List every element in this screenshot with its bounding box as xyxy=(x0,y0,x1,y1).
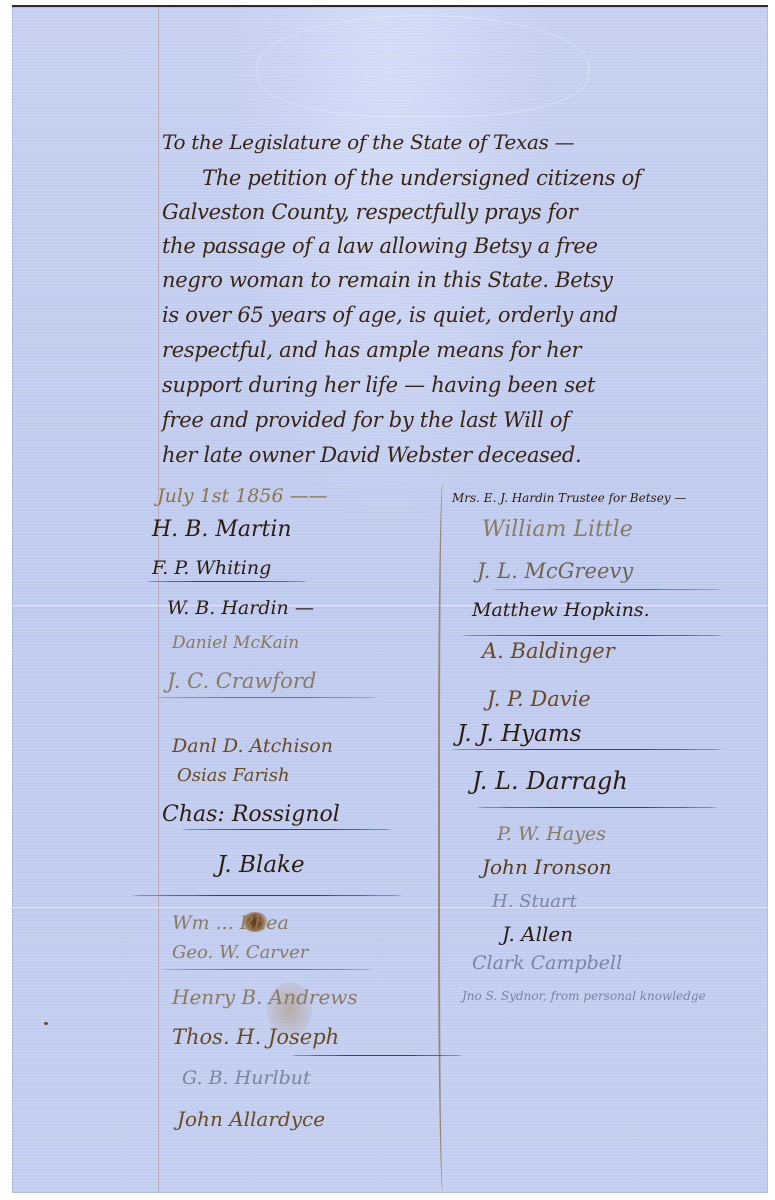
signature: Daniel McKain xyxy=(172,633,299,653)
signature: J. C. Crawford xyxy=(167,669,316,693)
signature: Thos. H. Joseph xyxy=(172,1025,339,1049)
signature: A. Baldinger xyxy=(482,639,615,663)
fold-line xyxy=(12,907,768,910)
signature: J. J. Hyams xyxy=(457,721,582,747)
petition-line: her late owner David Webster deceased. xyxy=(162,437,762,473)
signature-flourish xyxy=(132,895,402,896)
petition-line: support during her life — having been se… xyxy=(162,367,762,403)
ink-speck xyxy=(44,1022,48,1025)
signature: William Little xyxy=(482,517,633,542)
signature: F. P. Whiting xyxy=(152,557,271,579)
signature: P. W. Hayes xyxy=(497,823,606,845)
petition-line: Galveston County, respectfully prays for xyxy=(162,194,762,230)
signature-flourish xyxy=(452,749,722,750)
signature: Mrs. E. J. Hardin Trustee for Betsey — xyxy=(452,491,686,505)
signature-flourish xyxy=(157,697,377,698)
petition-line: is over 65 years of age, is quiet, order… xyxy=(162,297,762,333)
signature: John Allardyce xyxy=(177,1107,325,1131)
signature: Geo. W. Carver xyxy=(172,942,308,963)
petition-paper: To the Legislature of the State of Texas… xyxy=(12,5,768,1193)
petition-date: July 1st 1856 —— xyxy=(157,485,328,507)
signature: Danl D. Atchison xyxy=(172,735,333,757)
signature-flourish xyxy=(292,1055,462,1056)
petition-line: free and provided for by the last Will o… xyxy=(162,402,762,438)
signature: J. L. McGreevy xyxy=(477,559,633,583)
signature: Chas: Rossignol xyxy=(162,802,340,827)
signature-flourish xyxy=(492,589,722,590)
signature: Wm ... Rhea xyxy=(172,912,289,934)
petition-line: negro woman to remain in this State. Bet… xyxy=(162,262,762,298)
signature-flourish xyxy=(147,581,307,582)
signature-flourish xyxy=(162,969,372,970)
signature: John Ironson xyxy=(482,855,612,879)
signature: Henry B. Andrews xyxy=(172,985,358,1009)
petition-address: To the Legislature of the State of Texas… xyxy=(162,124,762,160)
embossed-seal xyxy=(257,15,589,117)
signature: G. B. Hurlbut xyxy=(182,1067,311,1089)
signature-flourish xyxy=(462,635,722,636)
signature: J. P. Davie xyxy=(487,687,591,711)
signature-flourish xyxy=(182,829,392,830)
petition-line: respectful, and has ample means for her xyxy=(162,332,762,368)
petition-line: The petition of the undersigned citizens… xyxy=(202,160,775,196)
signature-flourish xyxy=(477,807,717,808)
signature: W. B. Hardin — xyxy=(167,597,314,619)
signature-note: Jno S. Sydnor, from personal knowledge xyxy=(462,989,706,1003)
margin-rule xyxy=(158,7,159,1193)
fold-line xyxy=(12,605,768,608)
signature: Clark Campbell xyxy=(472,952,622,974)
column-divider xyxy=(438,482,450,1192)
petition-line: the passage of a law allowing Betsy a fr… xyxy=(162,228,762,264)
signature: J. Blake xyxy=(217,852,305,878)
signature: J. L. Darragh xyxy=(472,767,628,795)
signature: H. B. Martin xyxy=(152,517,292,542)
signature: H. Stuart xyxy=(492,891,577,912)
signature: J. Allen xyxy=(502,922,573,946)
signature: Osias Farish xyxy=(177,765,290,786)
signature: Matthew Hopkins. xyxy=(472,599,650,621)
